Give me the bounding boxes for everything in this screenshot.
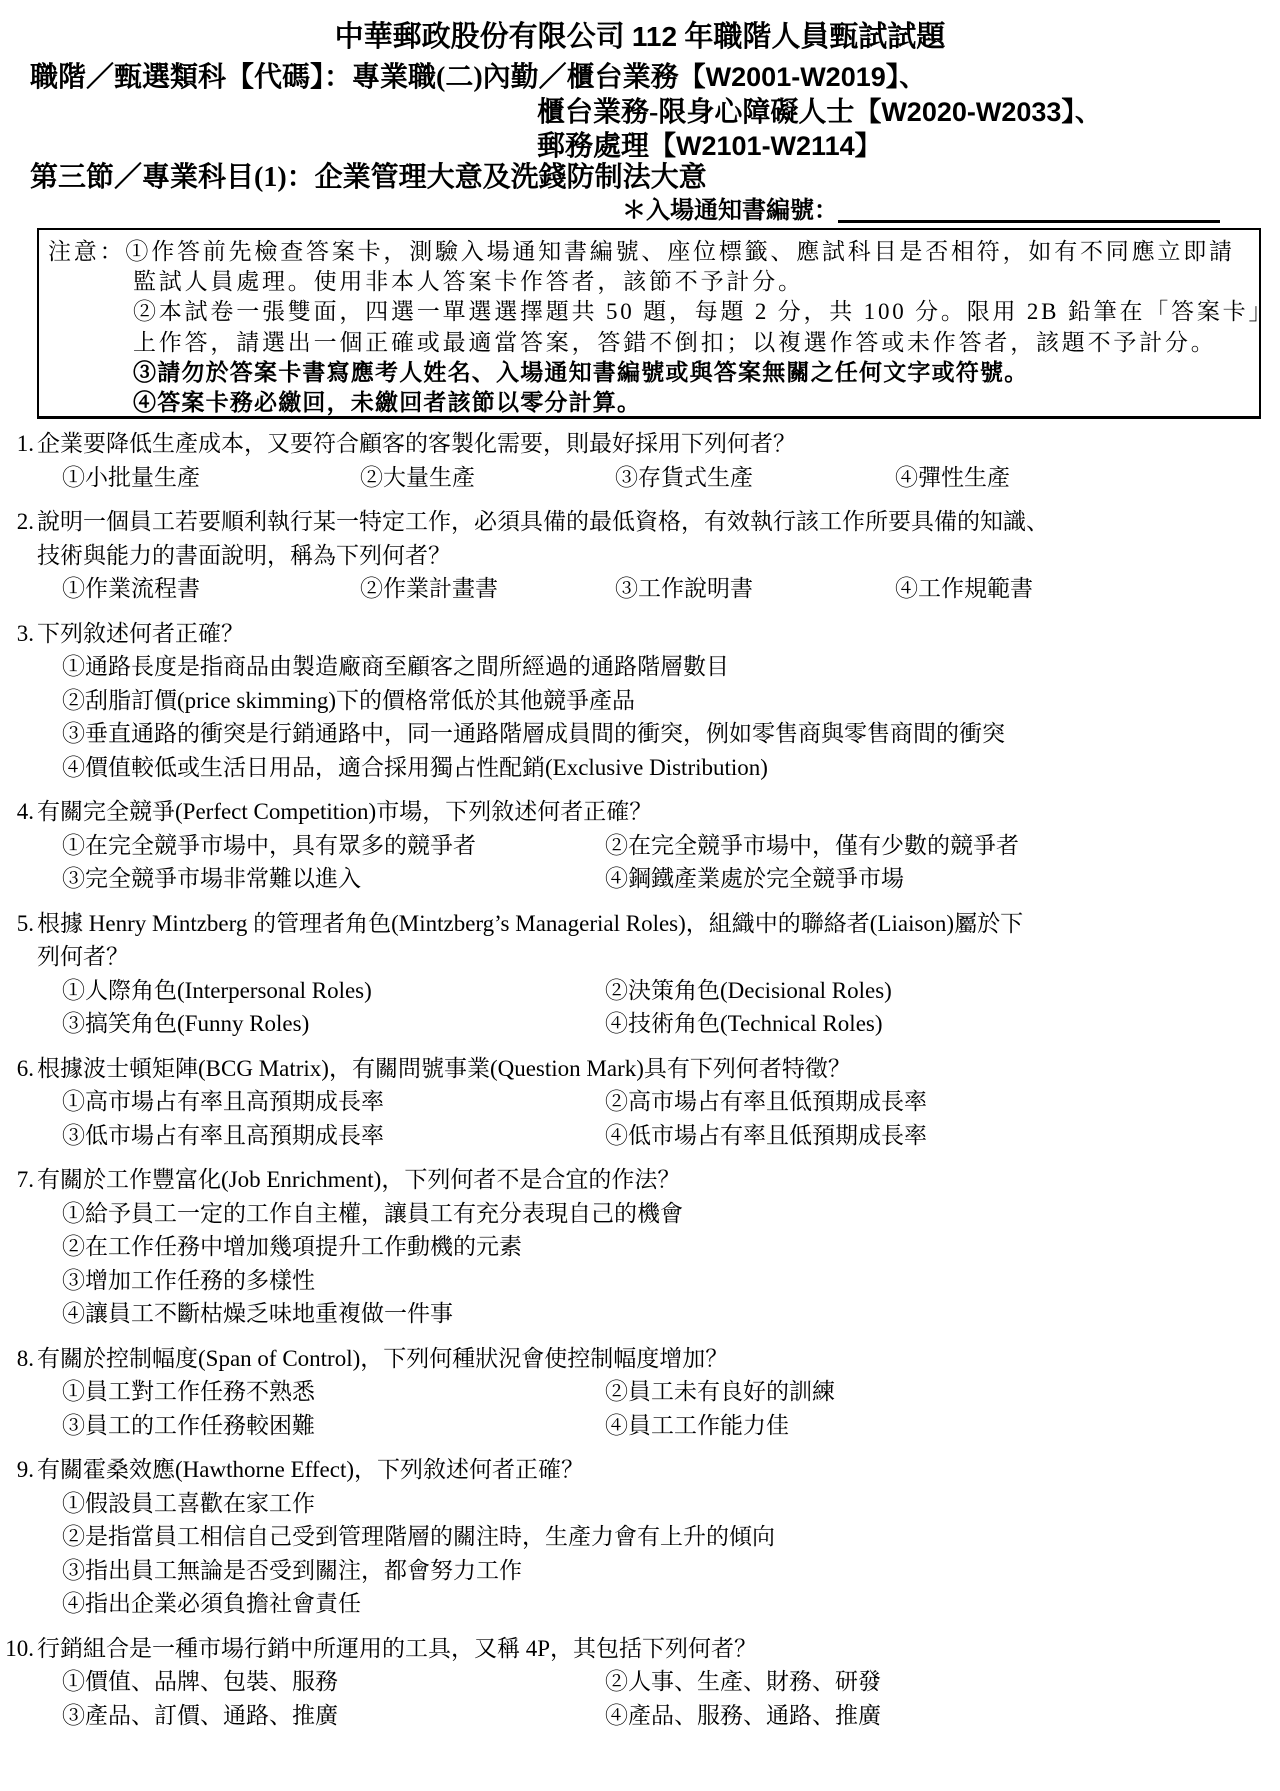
answer-option: ①作業流程書	[62, 572, 200, 606]
title-text-suffix: 年職階人員甄試試題	[677, 21, 945, 53]
question: 9.有關霍桑效應(Hawthorne Effect)，下列敘述何者正確？①假設員…	[0, 1453, 1280, 1621]
answer-option-row: ③完全競爭市場非常難以進入④鋼鐵產業處於完全競爭市場	[37, 862, 1280, 896]
question: 7.有關於工作豐富化(Job Enrichment)，下列何者不是合宜的作法？①…	[0, 1163, 1280, 1331]
answer-option: ②員工未有良好的訓練	[605, 1375, 835, 1409]
answer-option: ①通路長度是指商品由製造廠商至顧客之間所經過的通路階層數目	[37, 650, 1280, 684]
answer-option: ③增加工作任務的多樣性	[37, 1264, 1280, 1298]
question-number: 6.	[0, 1052, 34, 1086]
answer-option: ④技術角色(Technical Roles)	[605, 1007, 883, 1041]
answer-option: ①在完全競爭市場中，具有眾多的競爭者	[62, 829, 476, 863]
question-number: 1.	[0, 427, 34, 461]
answer-option: ①小批量生產	[62, 461, 200, 495]
question-stem: 下列敘述何者正確？	[37, 617, 1280, 651]
question: 10.行銷組合是一種市場行銷中所運用的工具，又稱 4P，其包括下列何者？①價值、…	[0, 1632, 1280, 1733]
answer-option: ②人事、生產、財務、研發	[605, 1665, 881, 1699]
answer-option-row: ①價值、品牌、包裝、服務②人事、生產、財務、研發	[37, 1665, 1280, 1699]
answer-option: ④彈性生產	[895, 461, 1010, 495]
question: 5.根據 Henry Mintzberg 的管理者角色(Mintzberg’s …	[0, 907, 1280, 1041]
question-number: 8.	[0, 1342, 34, 1376]
question-list: 1.企業要降低生產成本，又要符合顧客的客製化需要，則最好採用下列何者？①小批量生…	[0, 427, 1280, 1732]
answer-option: ④員工工作能力佳	[605, 1409, 789, 1443]
answer-option: ②在工作任務中增加幾項提升工作動機的元素	[37, 1230, 1280, 1264]
admission-number-row: ＊入場通知書編號：	[622, 190, 1220, 225]
question-stem: 有關於控制幅度(Span of Control)，下列何種狀況會使控制幅度增加？	[37, 1342, 1280, 1376]
question-stem: 根據波士頓矩陣(BCG Matrix)，有關問號事業(Question Mark…	[37, 1052, 1280, 1086]
answer-option: ②決策角色(Decisional Roles)	[605, 974, 892, 1008]
question-number: 10.	[0, 1632, 34, 1666]
answer-option-row: ①高市場占有率且高預期成長率②高市場占有率且低預期成長率	[37, 1085, 1280, 1119]
question: 1.企業要降低生產成本，又要符合顧客的客製化需要，則最好採用下列何者？①小批量生…	[0, 427, 1280, 494]
answer-option-row: ③員工的工作任務較困難④員工工作能力佳	[37, 1409, 1280, 1443]
answer-option: ③垂直通路的衝突是行銷通路中，同一通路階層成員間的衝突，例如零售商與零售商間的衝…	[37, 717, 1280, 751]
notice-line: ④答案卡務必繳回，未繳回者該節以零分計算。	[39, 388, 1259, 418]
answer-option: ③存貨式生產	[615, 461, 753, 495]
section-title: 第三節／專業科目(1)：企業管理大意及洗錢防制法大意	[30, 155, 707, 195]
notice-line: ③請勿於答案卡書寫應考人姓名、入場通知書編號或與答案無關之任何文字或符號。	[39, 358, 1259, 388]
answer-option: ④價值較低或生活日用品，適合採用獨占性配銷(Exclusive Distribu…	[37, 751, 1280, 785]
question-stem: 說明一個員工若要順利執行某一特定工作，必須具備的最低資格，有效執行該工作所要具備…	[37, 505, 1280, 539]
category-label: 職階／甄選類科【代碼】：專業職(二)內勤／櫃台業務	[30, 62, 679, 93]
question-number: 4.	[0, 795, 34, 829]
answer-option: ③工作說明書	[615, 572, 753, 606]
answer-option-row: ①小批量生產②大量生產③存貨式生產④彈性生產	[37, 461, 1280, 495]
answer-option: ④鋼鐵產業處於完全競爭市場	[605, 862, 904, 896]
answer-option: ③員工的工作任務較困難	[62, 1409, 315, 1443]
question: 4.有關完全競爭(Perfect Competition)市場，下列敘述何者正確…	[0, 795, 1280, 896]
question-stem: 列何者？	[37, 940, 1280, 974]
question-stem: 企業要降低生產成本，又要符合顧客的客製化需要，則最好採用下列何者？	[37, 427, 1280, 461]
page-title: 中華郵政股份有限公司 112 年職階人員甄試試題	[0, 14, 1280, 55]
question-number: 9.	[0, 1453, 34, 1487]
question-number: 2.	[0, 505, 34, 539]
answer-option: ③低市場占有率且高預期成長率	[62, 1119, 384, 1153]
answer-option: ④低市場占有率且低預期成長率	[605, 1119, 927, 1153]
admission-number-blank	[838, 198, 1220, 223]
notice-line: ②本試卷一張雙面，四選一單選選擇題共 50 題，每題 2 分，共 100 分。限…	[39, 297, 1259, 327]
answer-option: ②在完全競爭市場中，僅有少數的競爭者	[605, 829, 1019, 863]
answer-option: ③產品、訂價、通路、推廣	[62, 1699, 338, 1733]
answer-option-row: ①在完全競爭市場中，具有眾多的競爭者②在完全競爭市場中，僅有少數的競爭者	[37, 829, 1280, 863]
question-stem: 根據 Henry Mintzberg 的管理者角色(Mintzberg’s Ma…	[37, 907, 1280, 941]
question-stem: 有關於工作豐富化(Job Enrichment)，下列何者不是合宜的作法？	[37, 1163, 1280, 1197]
title-text: 中華郵政股份有限公司	[335, 21, 632, 53]
question-stem: 有關完全競爭(Perfect Competition)市場，下列敘述何者正確？	[37, 795, 1280, 829]
question: 3.下列敘述何者正確？①通路長度是指商品由製造廠商至顧客之間所經過的通路階層數目…	[0, 617, 1280, 785]
answer-option-row: ①作業流程書②作業計畫書③工作說明書④工作規範書	[37, 572, 1280, 606]
category-code-2: 【W2020-W2033】、	[854, 97, 1102, 127]
question: 6.根據波士頓矩陣(BCG Matrix)，有關問號事業(Question Ma…	[0, 1052, 1280, 1153]
question-stem: 技術與能力的書面說明，稱為下列何者？	[37, 539, 1280, 573]
question: 8.有關於控制幅度(Span of Control)，下列何種狀況會使控制幅度增…	[0, 1342, 1280, 1443]
answer-option: ④工作規範書	[895, 572, 1033, 606]
answer-option: ②大量生產	[360, 461, 475, 495]
answer-option: ①員工對工作任務不熟悉	[62, 1375, 315, 1409]
answer-option: ②刮脂訂價(price skimming)下的價格常低於其他競爭產品	[37, 684, 1280, 718]
answer-option-row: ①人際角色(Interpersonal Roles)②決策角色(Decision…	[37, 974, 1280, 1008]
answer-option: ①給予員工一定的工作自主權，讓員工有充分表現自己的機會	[37, 1197, 1280, 1231]
answer-option: ③指出員工無論是否受到關注，都會努力工作	[37, 1554, 1280, 1588]
question-stem: 行銷組合是一種市場行銷中所運用的工具，又稱 4P，其包括下列何者？	[37, 1632, 1280, 1666]
answer-option: ③完全競爭市場非常難以進入	[62, 862, 361, 896]
question: 2.說明一個員工若要順利執行某一特定工作，必須具備的最低資格，有效執行該工作所要…	[0, 505, 1280, 606]
notice-line: 注意：①作答前先檢查答案卡，測驗入場通知書編號、座位標籤、應試科目是否相符，如有…	[39, 237, 1259, 267]
answer-option: ①人際角色(Interpersonal Roles)	[62, 974, 372, 1008]
answer-option: ④讓員工不斷枯燥乏味地重複做一件事	[37, 1297, 1280, 1331]
answer-option: ②作業計畫書	[360, 572, 498, 606]
answer-option: ①價值、品牌、包裝、服務	[62, 1665, 338, 1699]
category-line-1: 職階／甄選類科【代碼】：專業職(二)內勤／櫃台業務【W2001-W2019】、	[30, 55, 926, 95]
exam-paper-page: 中華郵政股份有限公司 112 年職階人員甄試試題 職階／甄選類科【代碼】：專業職…	[0, 0, 1280, 1791]
answer-option-row: ①員工對工作任務不熟悉②員工未有良好的訓練	[37, 1375, 1280, 1409]
answer-option: ②高市場占有率且低預期成長率	[605, 1085, 927, 1119]
answer-option-row: ③搞笑角色(Funny Roles)④技術角色(Technical Roles)	[37, 1007, 1280, 1041]
answer-option-row: ③產品、訂價、通路、推廣④產品、服務、通路、推廣	[37, 1699, 1280, 1733]
answer-option: ④產品、服務、通路、推廣	[605, 1699, 881, 1733]
question-number: 3.	[0, 617, 34, 651]
admission-number-label: ＊入場通知書編號：	[622, 198, 838, 224]
answer-option: ①高市場占有率且高預期成長率	[62, 1085, 384, 1119]
title-year: 112	[632, 21, 677, 52]
question-number: 7.	[0, 1163, 34, 1197]
category-code-1: 【W2001-W2019】、	[679, 62, 927, 92]
notice-line: 上作答，請選出一個正確或最適當答案，答錯不倒扣；以複選作答或未作答者，該題不予計…	[39, 328, 1259, 358]
notice-box: 注意：①作答前先檢查答案卡，測驗入場通知書編號、座位標籤、應試科目是否相符，如有…	[37, 228, 1261, 419]
answer-option: ②是指當員工相信自己受到管理階層的關注時，生產力會有上升的傾向	[37, 1520, 1280, 1554]
answer-option-row: ③低市場占有率且高預期成長率④低市場占有率且低預期成長率	[37, 1119, 1280, 1153]
answer-option: ①假設員工喜歡在家工作	[37, 1487, 1280, 1521]
question-stem: 有關霍桑效應(Hawthorne Effect)，下列敘述何者正確？	[37, 1453, 1280, 1487]
question-number: 5.	[0, 907, 34, 941]
answer-option: ③搞笑角色(Funny Roles)	[62, 1007, 309, 1041]
notice-line: 監試人員處理。使用非本人答案卡作答者，該節不予計分。	[39, 267, 1259, 297]
answer-option: ④指出企業必須負擔社會責任	[37, 1587, 1280, 1621]
